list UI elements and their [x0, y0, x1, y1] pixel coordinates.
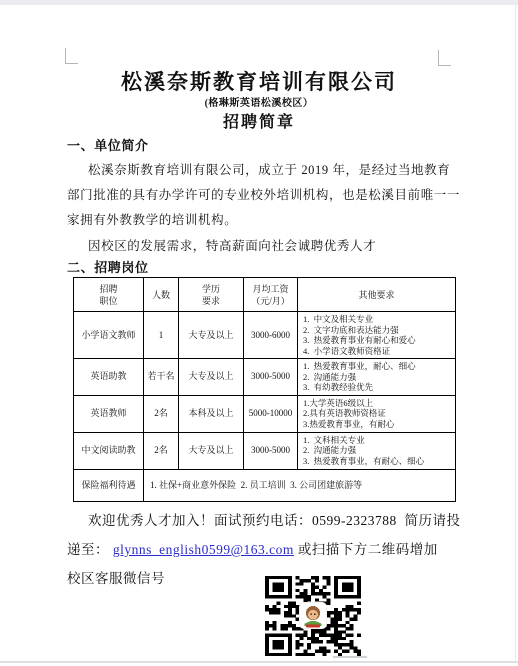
- col-header-other: 其他要求: [298, 278, 456, 312]
- cell-position: 中文阅读助教: [74, 432, 144, 469]
- col-header-education: 学历 要求: [179, 278, 244, 312]
- section1-heading: 一、单位简介: [67, 135, 149, 154]
- cell-requirements: 1. 中文及相关专业 2. 文字功底和表达能力强 3. 热爱教育事业有耐心和爱心…: [298, 312, 456, 359]
- cell-count: 2名: [144, 432, 179, 469]
- table-row: 英语教师 2名 本科及以上 5000-10000 1.大学英语6级以上 2.具有…: [74, 395, 456, 432]
- cell-salary: 3000-5000: [244, 432, 298, 469]
- mascot-icon: [300, 576, 326, 656]
- page-top-gap: [0, 0, 518, 5]
- cell-requirements: 1.大学英语6级以上 2.具有英语教师资格证 3.热爱教育事业，有耐心: [298, 395, 456, 432]
- table-row: 中文阅读助教 2名 大专及以上 3000-5000 1. 文科相关专业 2. 沟…: [74, 432, 456, 469]
- margin-crop-mark-top-left: [65, 48, 78, 64]
- cell-position: 小学语文教师: [74, 312, 144, 359]
- cell-requirements: 1. 文科相关专业 2. 沟通能力强 3. 热爱教育事业，有耐心、细心: [298, 432, 456, 469]
- cell-count: 2名: [144, 395, 179, 432]
- welfare-row: 保险福利待遇 1. 社保+商业意外保险 2. 员工培训 3. 公司团建旅游等: [74, 469, 456, 501]
- cell-position: 英语助教: [74, 359, 144, 396]
- campus-subtitle: (格琳斯英语松溪校区）: [0, 94, 518, 109]
- cell-education: 本科及以上: [179, 395, 244, 432]
- cell-salary: 3000-6000: [244, 312, 298, 359]
- qr-center-avatar: [300, 603, 326, 628]
- cell-education: 大专及以上: [179, 312, 244, 359]
- margin-crop-mark-top-right: [438, 50, 451, 66]
- col-header-salary: 月均工资 （元/月）: [244, 278, 298, 312]
- document-page: { "header": { "title": "松溪奈斯教育培训有限公司", "…: [0, 0, 518, 666]
- table-row: 小学语文教师 1 大专及以上 3000-6000 1. 中文及相关专业 2. 文…: [74, 312, 456, 359]
- cell-education: 大专及以上: [179, 359, 244, 396]
- cell-count: 1: [144, 312, 179, 359]
- cell-salary: 3000-5000: [244, 359, 298, 396]
- doc-title: 招聘简章: [0, 109, 518, 132]
- table-row: 英语助教 若干名 大专及以上 3000-5000 1. 热爱教育事业，耐心、细心…: [74, 359, 456, 396]
- company-intro-paragraph: 松溪奈斯教育培训有限公司，成立于 2019 年，是经过当地教育 部门批准的具有办…: [67, 158, 461, 233]
- job-positions-table: 招聘 职位 人数 学历 要求 月均工资 （元/月） 其他要求 小学语文教师 1 …: [73, 277, 456, 502]
- recruiting-reason-paragraph: 因校区的发展需求，特高薪面向社会诚聘优秀人才: [67, 234, 461, 259]
- section2-heading: 二、招聘岗位: [67, 257, 149, 276]
- cell-salary: 5000-10000: [244, 395, 298, 432]
- welfare-content: 1. 社保+商业意外保险 2. 员工培训 3. 公司团建旅游等: [144, 469, 456, 501]
- cell-education: 大专及以上: [179, 432, 244, 469]
- welfare-label: 保险福利待遇: [74, 469, 144, 501]
- cell-position: 英语教师: [74, 395, 144, 432]
- page-bottom-gap: [0, 661, 518, 663]
- qr-watermark-text: [333, 656, 367, 658]
- email-link[interactable]: glynns_english0599@163.com: [113, 542, 294, 557]
- company-title: 松溪奈斯教育培训有限公司: [0, 66, 518, 96]
- col-header-position: 招聘 职位: [74, 278, 144, 312]
- wechat-qr-code: [265, 576, 361, 656]
- cell-count: 若干名: [144, 359, 179, 396]
- table-header-row: 招聘 职位 人数 学历 要求 月均工资 （元/月） 其他要求: [74, 278, 456, 312]
- col-header-count: 人数: [144, 278, 179, 312]
- cell-requirements: 1. 热爱教育事业，耐心、细心 2. 沟通能力强 3. 有幼教经验优先: [298, 359, 456, 396]
